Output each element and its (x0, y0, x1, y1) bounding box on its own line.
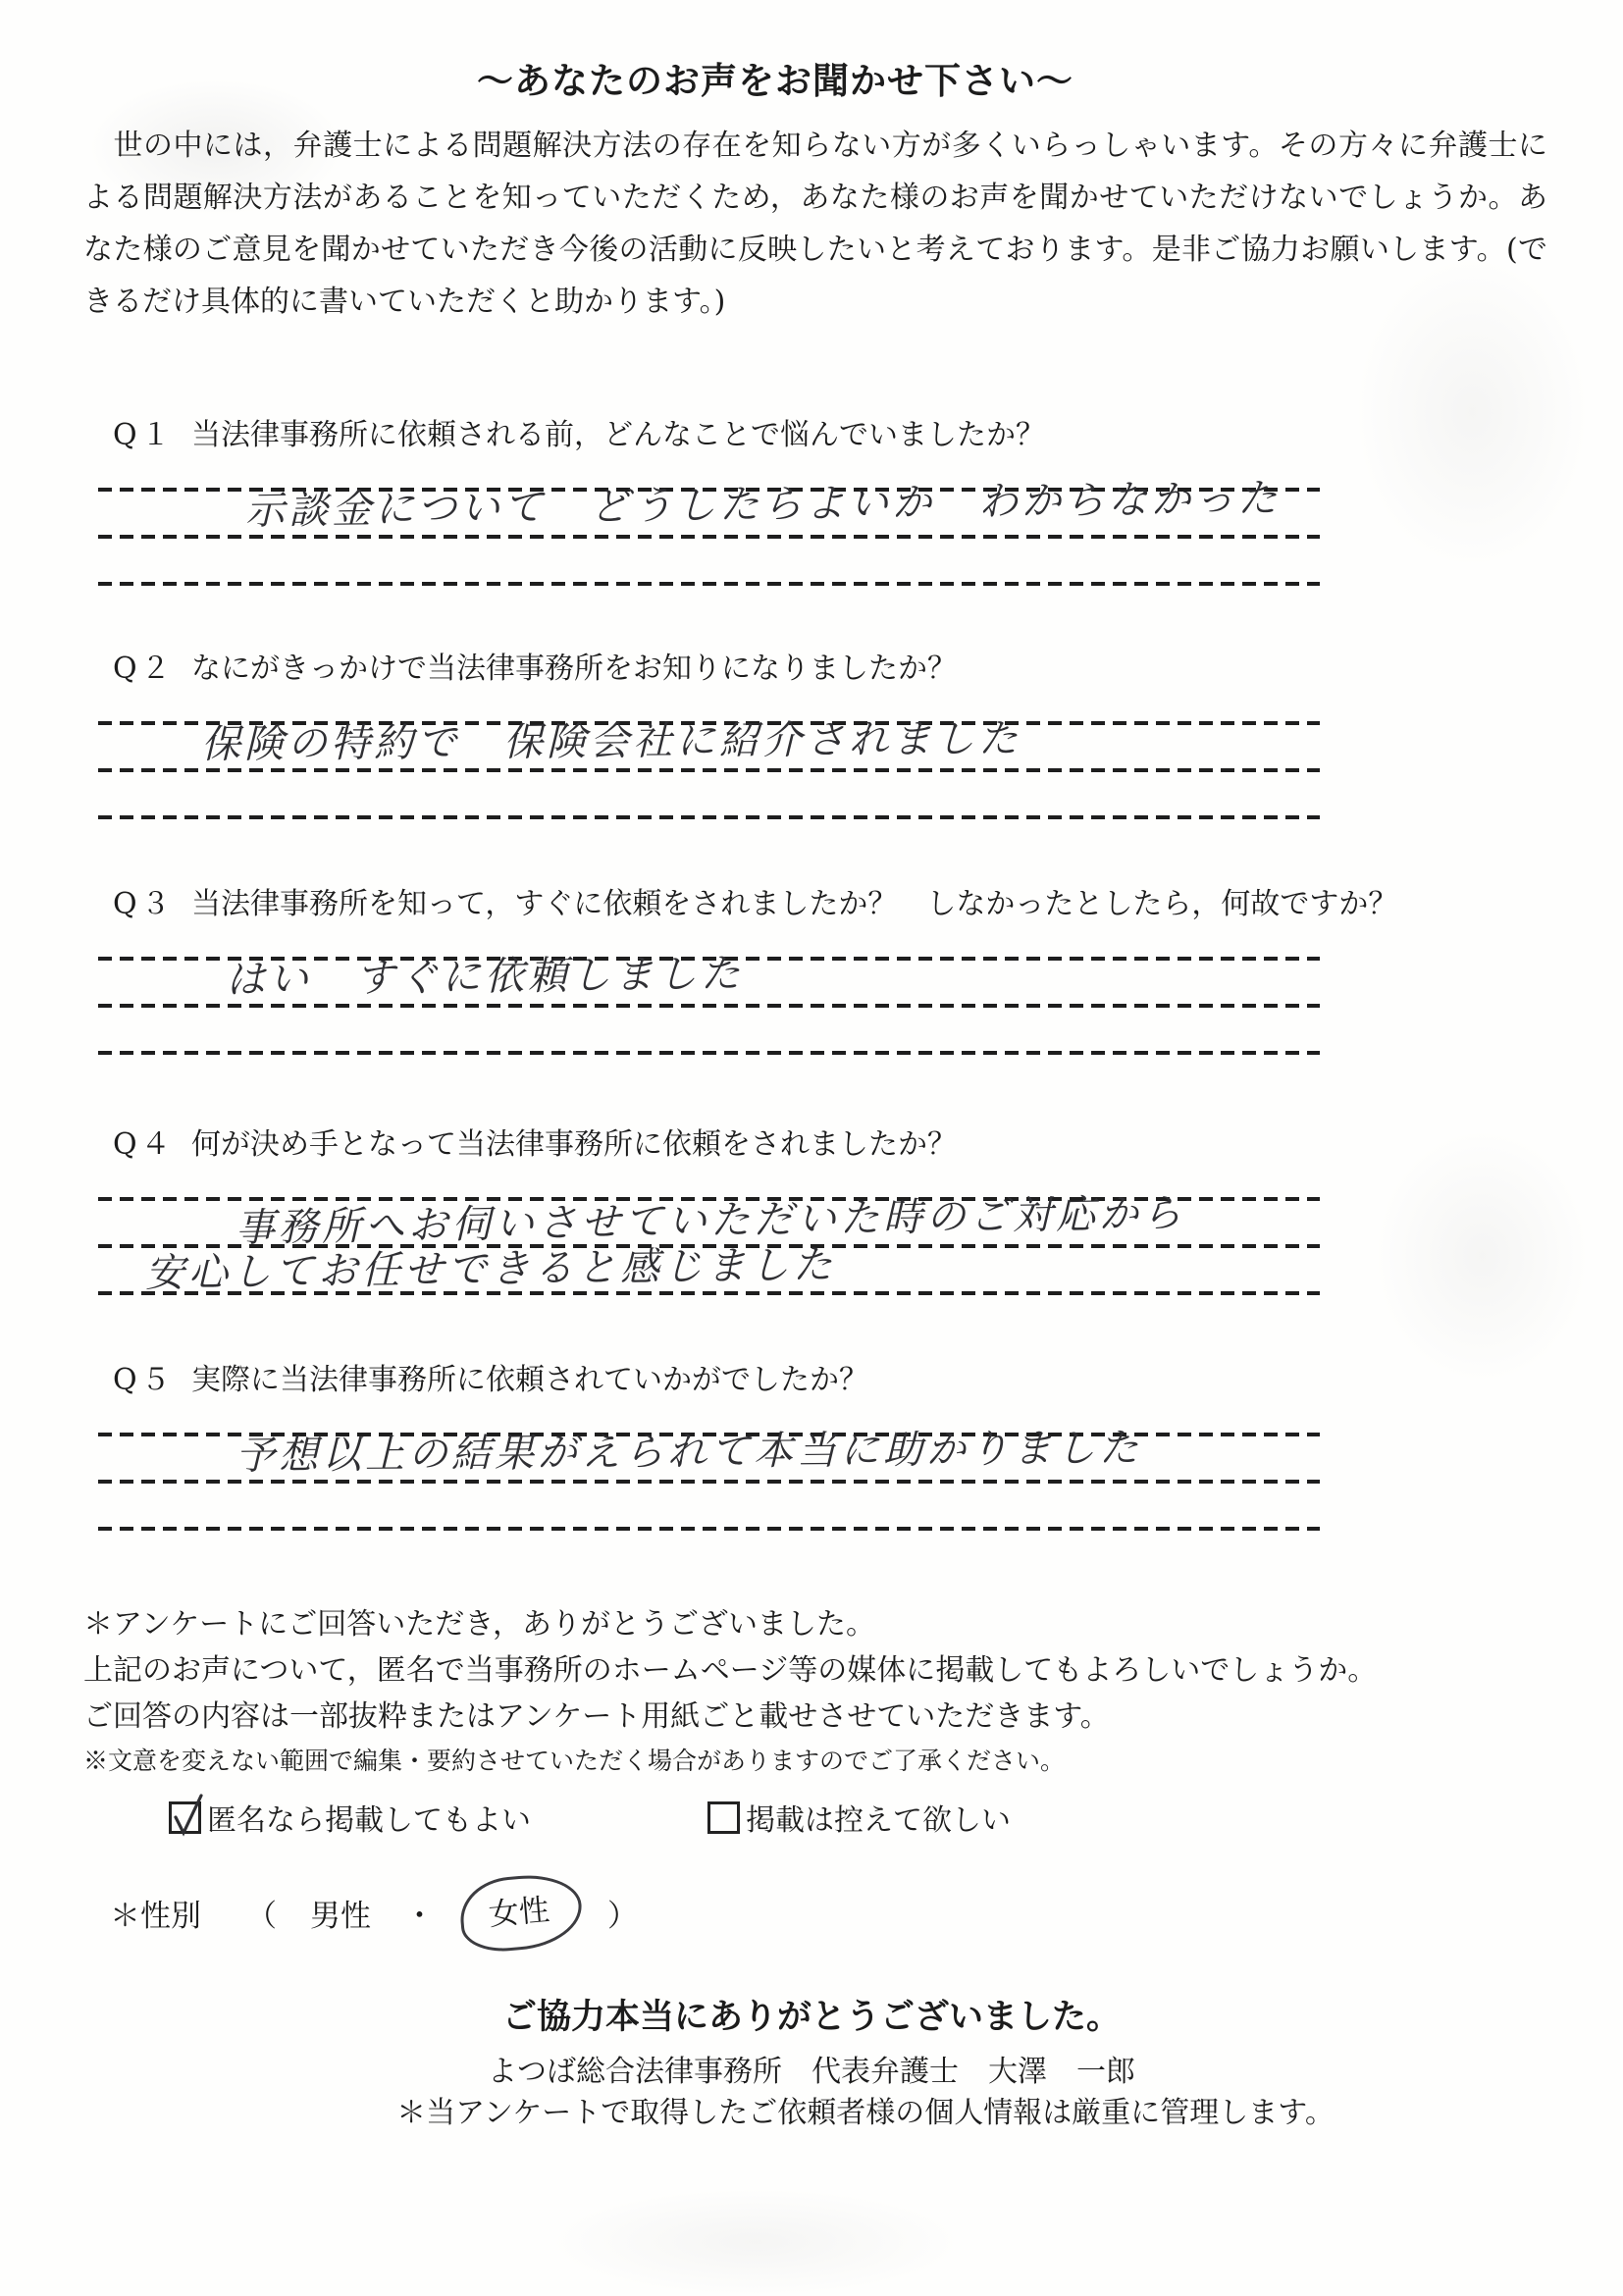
footer-office-signature: よつば総合法律事務所 代表弁護士 大澤 一郎 (0, 2047, 1623, 2090)
handwritten-answer: 予想以上の結果がえられて本当に助かりました (236, 1417, 1142, 1481)
closing-thanks: ＊アンケートにご回答いただき，ありがとうございました。 (83, 1601, 1547, 1647)
consent-option-label: 匿名なら掲載してもよい (207, 1796, 531, 1839)
question-text: 実際に当法律事務所に依頼されていかがでしたか？ (191, 1361, 1555, 1400)
handwritten-answer: 示談金について どうしたらよいか わからなかった (245, 467, 1282, 536)
gender-option-female: 女性 (488, 1893, 551, 1933)
question-block-q2: Q２ なにがきっかけで当法律事務所をお知りになりましたか？ 保険の特約で 保険会… (113, 650, 1555, 689)
handwritten-answer: はい すぐに依頼しました (226, 943, 745, 1005)
checkbox-unchecked (707, 1801, 740, 1834)
question-label: Q５ (113, 1361, 191, 1400)
answer-area: 保険の特約で 保険会社に紹介されました (98, 721, 1320, 819)
answer-line (98, 1527, 1320, 1531)
consent-option-no-publish: 掲載は控えて欲しい (707, 1796, 1011, 1839)
scanned-questionnaire-page: 〜あなたのお声をお聞かせ下さい〜 世の中には，弁護士による問題解決方法の存在を知… (0, 0, 1623, 2296)
answer-area: 事務所へお伺いさせていただいた時のご対応から 安心してお任せできると感じました (98, 1197, 1320, 1295)
answer-line (98, 1051, 1320, 1055)
gender-row: ＊性別 （ 男性 ・ 女性 ） (110, 1876, 638, 1950)
closing-excerpt: ご回答の内容は一部抜粋またはアンケート用紙ごと載せさせていただきます。 (83, 1694, 1547, 1740)
question-block-q4: Q４ 何が決め手となって当法律事務所に依頼をされましたか？ 事務所へお伺いさせて… (113, 1125, 1555, 1165)
answer-area: 予想以上の結果がえられて本当に助かりました (98, 1433, 1320, 1531)
checkbox-checked (169, 1801, 201, 1834)
handwritten-answer: 安心してお任せできると感じました (145, 1233, 837, 1298)
question-text: 当法律事務所に依頼される前，どんなことで悩んでいましたか？ (191, 416, 1555, 455)
closing-note: ※文意を変えない範囲で編集・要約させていただく場合がありますのでご了承ください。 (83, 1740, 1547, 1783)
consent-option-label: 掲載は控えて欲しい (746, 1796, 1011, 1839)
checkmark-icon (168, 1790, 211, 1841)
question-block-q3: Q３ 当法律事務所を知って，すぐに依頼をされましたか？ しなかったとしたら，何故… (113, 885, 1555, 924)
page-title: 〜あなたのお声をお聞かせ下さい〜 (0, 51, 1550, 104)
question-label: Q１ (113, 416, 191, 455)
question-text: なにがきっかけで当法律事務所をお知りになりましたか？ (191, 650, 1555, 689)
question-text: 何が決め手となって当法律事務所に依頼をされましたか？ (191, 1125, 1555, 1165)
question-label: Q４ (113, 1125, 191, 1165)
closing-section: ＊アンケートにご回答いただき，ありがとうございました。 上記のお声について，匿名… (83, 1601, 1547, 1783)
gender-label: ＊性別 (110, 1891, 201, 1935)
answer-area: 示談金について どうしたらよいか わからなかった (98, 488, 1320, 586)
answer-line (98, 815, 1320, 819)
gender-close-paren: ） (607, 1891, 638, 1935)
gender-option-male: 男性 (310, 1891, 371, 1935)
footer-thank-you: ご協力本当にありがとうございました。 (0, 1990, 1623, 2039)
handwritten-answer: 保険の特約で 保険会社に紹介されました (201, 707, 1021, 769)
gender-open-paren: （ (246, 1891, 277, 1935)
answer-area: はい すぐに依頼しました (98, 957, 1320, 1055)
question-text: 当法律事務所を知って，すぐに依頼をされましたか？ しなかったとしたら，何故ですか… (191, 885, 1555, 924)
question-label: Q２ (113, 650, 191, 689)
scan-artifact (550, 2188, 962, 2296)
question-block-q1: Q１ 当法律事務所に依頼される前，どんなことで悩んでいましたか？ 示談金について… (113, 416, 1555, 455)
question-block-q5: Q５ 実際に当法律事務所に依頼されていかがでしたか？ 予想以上の結果がえられて本… (113, 1361, 1555, 1400)
footer-privacy-note: ＊当アンケートで取得したご依頼者様の個人情報は厳重に管理します。 (54, 2088, 1623, 2131)
closing-permission: 上記のお声について，匿名で当事務所のホームページ等の媒体に掲載してもよろしいでし… (83, 1647, 1547, 1694)
intro-paragraph: 世の中には，弁護士による問題解決方法の存在を知らない方が多くいらっしゃいます。そ… (83, 120, 1547, 328)
answer-line (98, 582, 1320, 586)
gender-separator: ・ (404, 1891, 435, 1935)
scan-artifact (1374, 1128, 1590, 1383)
consent-option-anonymous-ok: 匿名なら掲載してもよい (169, 1796, 531, 1839)
gender-option-female-circled: 女性 (457, 1871, 585, 1956)
question-label: Q３ (113, 885, 191, 924)
consent-options-row: 匿名なら掲載してもよい 掲載は控えて欲しい (169, 1796, 1444, 1839)
